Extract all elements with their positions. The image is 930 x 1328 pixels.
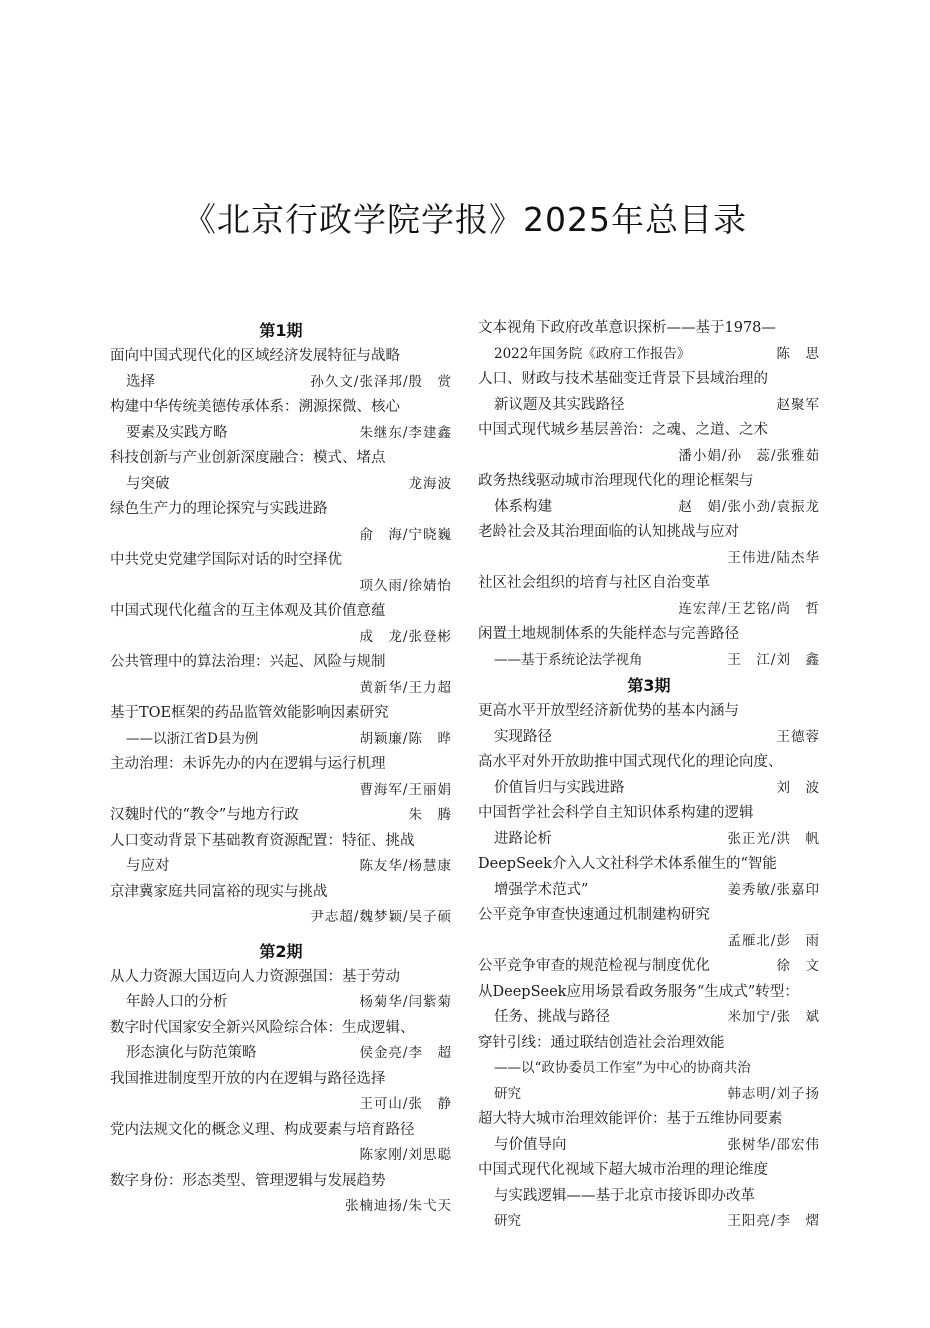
toc-line: ——以浙江省D县为例胡颖廉/陈 晔 [110, 727, 452, 753]
issue-heading-2: 第2期 [110, 939, 452, 965]
article-authors: 侯金亮/李 超 [359, 1041, 452, 1067]
article-title: 从人力资源大国迈向人力资源强国：基于劳动 [110, 969, 400, 985]
toc-line: 文本视角下政府改革意识探析——基于1978— [478, 316, 820, 342]
article-authors: 俞 海/宁晓巍 [359, 523, 452, 549]
article-authors: 张正光/洪 帆 [727, 827, 820, 853]
article-title: 中国式现代城乡基层善治：之魂、之道、之术 [478, 422, 768, 438]
article-title: DeepSeek介入人文社科学术体系催生的“智能 [478, 856, 777, 872]
toc-line: 科技创新与产业创新深度融合：模式、堵点 [110, 446, 452, 472]
article-title: 年龄人口的分析 [126, 994, 228, 1010]
article-authors: 陈家刚/刘思聪 [359, 1143, 452, 1169]
toc-line: 中国式现代化蕴含的互主体观及其价值意蕴 [110, 599, 452, 625]
article-title: 数字身份：形态类型、管理逻辑与发展趋势 [110, 1173, 386, 1189]
issue-heading-1: 第1期 [110, 318, 452, 344]
toc-line: 公平竞争审查快速通过机制建构研究 [478, 903, 820, 929]
toc-line: 政务热线驱动城市治理现代化的理论框架与 [478, 469, 820, 495]
article-title: 与价值导向 [494, 1137, 567, 1153]
toc-line: DeepSeek介入人文社科学术体系催生的“智能 [478, 852, 820, 878]
article-title: 中国式现代化蕴含的互主体观及其价值意蕴 [110, 603, 386, 619]
article-title: 实现路径 [494, 729, 552, 745]
article-title: 与突破 [126, 476, 170, 492]
article-authors: 张楠迪扬/朱弋天 [345, 1194, 452, 1220]
article-title: 数字时代国家安全新兴风险综合体：生成逻辑、 [110, 1020, 415, 1036]
article-title: 价值旨归与实践进路 [494, 780, 625, 796]
toc-line: 研究王阳亮/李 熠 [478, 1209, 820, 1235]
toc-line: 曹海军/王丽娟 [110, 778, 452, 804]
toc-line: 从DeepSeek应用场景看政务服务“生成式”转型： [478, 980, 820, 1006]
article-authors: 王可山/张 静 [359, 1092, 452, 1118]
article-title: 构建中华传统美德传承体系：溯源探微、核心 [110, 399, 400, 415]
article-authors: 米加宁/张 斌 [727, 1005, 820, 1031]
article-authors: 姜秀敏/张嘉印 [727, 878, 820, 904]
page-title: 《北京行政学院学报》2025年总目录 [0, 194, 930, 241]
issue1-list: 面向中国式现代化的区域经济发展特征与战略选择孙久文/张泽邦/殷 赏构建中华传统美… [110, 344, 452, 931]
article-title: 党内法规文化的概念义理、构成要素与培育路径 [110, 1122, 415, 1138]
toc-line: 中国式现代城乡基层善治：之魂、之道、之术 [478, 418, 820, 444]
toc-line: 实现路径王德蓉 [478, 725, 820, 751]
toc-line: 要素及实践方略朱继东/李建鑫 [110, 421, 452, 447]
article-title: 社区社会组织的培育与社区自治变革 [478, 575, 710, 591]
toc-line: 成 龙/张登彬 [110, 625, 452, 651]
article-title: 公平竞争审查快速通过机制建构研究 [478, 907, 710, 923]
article-title: 公共管理中的算法治理：兴起、风险与规制 [110, 654, 386, 670]
toc-line: 进路论析张正光/洪 帆 [478, 827, 820, 853]
article-title: 闲置土地规制体系的失能样态与完善路径 [478, 626, 739, 642]
toc-line: 主动治理：未诉先办的内在逻辑与运行机理 [110, 752, 452, 778]
issue-heading-3: 第3期 [478, 673, 820, 699]
toc-line: 社区社会组织的培育与社区自治变革 [478, 571, 820, 597]
article-title: 基于TOE框架的药品监管效能影响因素研究 [110, 705, 389, 721]
toc-line: 形态演化与防范策略侯金亮/李 超 [110, 1041, 452, 1067]
toc-line: 中国哲学社会科学自主知识体系构建的逻辑 [478, 801, 820, 827]
article-title: 研究 [494, 1086, 521, 1102]
article-title: 政务热线驱动城市治理现代化的理论框架与 [478, 473, 754, 489]
toc-line: 构建中华传统美德传承体系：溯源探微、核心 [110, 395, 452, 421]
toc-line: 选择孙久文/张泽邦/殷 赏 [110, 370, 452, 396]
article-title: 面向中国式现代化的区域经济发展特征与战略 [110, 348, 400, 364]
toc-line: 与实践逻辑——基于北京市接诉即办改革 [478, 1184, 820, 1210]
article-title: 人口变动背景下基础教育资源配置：特征、挑战 [110, 833, 415, 849]
article-title: 中共党史党建学国际对话的时空择优 [110, 552, 342, 568]
toc-line: 与价值导向张树华/邵宏伟 [478, 1133, 820, 1159]
toc-line: 黄新华/王力超 [110, 676, 452, 702]
article-title: 与实践逻辑——基于北京市接诉即办改革 [494, 1188, 755, 1204]
article-title: 要素及实践方略 [126, 425, 228, 441]
toc-line: 闲置土地规制体系的失能样态与完善路径 [478, 622, 820, 648]
toc-line: 我国推进制度型开放的内在逻辑与路径选择 [110, 1067, 452, 1093]
toc-line: 人口变动背景下基础教育资源配置：特征、挑战 [110, 829, 452, 855]
article-title: 形态演化与防范策略 [126, 1045, 257, 1061]
toc-line: 价值旨归与实践进路刘 波 [478, 776, 820, 802]
article-title: 公平竞争审查的规范检视与制度优化 [478, 958, 710, 974]
article-title: 高水平对外开放助推中国式现代化的理论向度、 [478, 754, 783, 770]
article-title: 更高水平开放型经济新优势的基本内涵与 [478, 703, 739, 719]
toc-line: 王伟进/陆杰华 [478, 546, 820, 572]
toc-line: ——基于系统论法学视角王 江/刘 鑫 [478, 648, 820, 674]
toc-line: 京津冀家庭共同富裕的现实与挑战 [110, 880, 452, 906]
toc-line: 绿色生产力的理论探究与实践进路 [110, 497, 452, 523]
toc-line: 与应对陈友华/杨慧康 [110, 854, 452, 880]
toc-line: 穿针引线：通过联结创造社会治理效能 [478, 1031, 820, 1057]
article-title: 新议题及其实践路径 [494, 397, 625, 413]
article-title: 中国哲学社会科学自主知识体系构建的逻辑 [478, 805, 754, 821]
article-title: 老龄社会及其治理面临的认知挑战与应对 [478, 524, 739, 540]
toc-line: 俞 海/宁晓巍 [110, 523, 452, 549]
article-authors: 项久雨/徐婧怡 [359, 574, 452, 600]
article-title: 体系构建 [494, 499, 552, 515]
toc-line: 潘小娟/孙 蕊/张雅茹 [478, 444, 820, 470]
toc-line: 中国式现代化视域下超大城市治理的理论维度 [478, 1158, 820, 1184]
article-authors: 刘 波 [777, 776, 821, 802]
article-authors: 胡颖廉/陈 晔 [359, 727, 452, 753]
toc-line: 研究韩志明/刘子扬 [478, 1082, 820, 1108]
article-authors: 韩志明/刘子扬 [727, 1082, 820, 1108]
toc-line: 高水平对外开放助推中国式现代化的理论向度、 [478, 750, 820, 776]
article-title: 人口、财政与技术基础变迁背景下县域治理的 [478, 371, 768, 387]
article-authors: 朱 腾 [409, 803, 453, 829]
toc-line: ——以“政协委员工作室”为中心的协商共治 [478, 1056, 820, 1082]
article-title: 选择 [126, 374, 155, 390]
article-authors: 王德蓉 [777, 725, 821, 751]
article-authors: 赵 娟/张小劲/袁振龙 [678, 495, 820, 521]
toc-line: 王可山/张 静 [110, 1092, 452, 1118]
article-title: ——以“政协委员工作室”为中心的协商共治 [494, 1060, 751, 1076]
article-authors: 朱继东/李建鑫 [359, 421, 452, 447]
article-authors: 龙海波 [409, 472, 453, 498]
article-authors: 曹海军/王丽娟 [359, 778, 452, 804]
toc-line: 与突破龙海波 [110, 472, 452, 498]
right-column: 文本视角下政府改革意识探析——基于1978—2022年国务院《政府工作报告》陈 … [478, 316, 820, 1235]
toc-line: 人口、财政与技术基础变迁背景下县域治理的 [478, 367, 820, 393]
toc-line: 张楠迪扬/朱弋天 [110, 1194, 452, 1220]
article-title: 任务、挑战与路径 [494, 1009, 610, 1025]
article-title: 京津冀家庭共同富裕的现实与挑战 [110, 884, 328, 900]
article-title: 研究 [494, 1213, 521, 1229]
toc-line: 陈家刚/刘思聪 [110, 1143, 452, 1169]
article-authors: 徐 文 [777, 954, 821, 980]
toc-line: 孟雁北/彭 雨 [478, 929, 820, 955]
article-title: 超大特大城市治理效能评价：基于五维协同要素 [478, 1111, 783, 1127]
article-title: 绿色生产力的理论探究与实践进路 [110, 501, 328, 517]
article-title: 科技创新与产业创新深度融合：模式、堵点 [110, 450, 386, 466]
article-authors: 陈 思 [777, 342, 821, 368]
article-title: 与应对 [126, 858, 170, 874]
article-authors: 潘小娟/孙 蕊/张雅茹 [678, 444, 820, 470]
article-authors: 孟雁北/彭 雨 [727, 929, 820, 955]
toc-line: 2022年国务院《政府工作报告》陈 思 [478, 342, 820, 368]
article-authors: 尹志超/魏梦颖/吴子硕 [310, 905, 452, 931]
article-title: 文本视角下政府改革意识探析——基于1978— [478, 320, 776, 336]
toc-line: 数字身份：形态类型、管理逻辑与发展趋势 [110, 1169, 452, 1195]
toc-line: 老龄社会及其治理面临的认知挑战与应对 [478, 520, 820, 546]
article-title: 穿针引线：通过联结创造社会治理效能 [478, 1035, 725, 1051]
toc-line: 面向中国式现代化的区域经济发展特征与战略 [110, 344, 452, 370]
article-authors: 陈友华/杨慧康 [359, 854, 452, 880]
toc-line: 体系构建赵 娟/张小劲/袁振龙 [478, 495, 820, 521]
toc-line: 连宏萍/王艺铭/尚 哲 [478, 597, 820, 623]
toc-line: 项久雨/徐婧怡 [110, 574, 452, 600]
article-title: 2022年国务院《政府工作报告》 [494, 346, 690, 362]
toc-line: 党内法规文化的概念义理、构成要素与培育路径 [110, 1118, 452, 1144]
toc-line: 基于TOE框架的药品监管效能影响因素研究 [110, 701, 452, 727]
article-authors: 王阳亮/李 熠 [727, 1209, 820, 1235]
article-title: ——以浙江省D县为例 [126, 731, 258, 747]
article-authors: 杨菊华/闫紫菊 [359, 990, 452, 1016]
article-title: 我国推进制度型开放的内在逻辑与路径选择 [110, 1071, 386, 1087]
toc-line: 超大特大城市治理效能评价：基于五维协同要素 [478, 1107, 820, 1133]
toc-line: 任务、挑战与路径米加宁/张 斌 [478, 1005, 820, 1031]
toc-line: 汉魏时代的“教令”与地方行政朱 腾 [110, 803, 452, 829]
article-title: 进路论析 [494, 831, 552, 847]
toc-line: 尹志超/魏梦颖/吴子硕 [110, 905, 452, 931]
article-authors: 黄新华/王力超 [359, 676, 452, 702]
article-authors: 连宏萍/王艺铭/尚 哲 [678, 597, 820, 623]
article-title: 从DeepSeek应用场景看政务服务“生成式”转型： [478, 984, 799, 1000]
article-title: 中国式现代化视域下超大城市治理的理论维度 [478, 1162, 768, 1178]
article-authors: 赵聚军 [777, 393, 821, 419]
toc-line: 公共管理中的算法治理：兴起、风险与规制 [110, 650, 452, 676]
article-authors: 王 江/刘 鑫 [727, 648, 820, 674]
toc-line: 年龄人口的分析杨菊华/闫紫菊 [110, 990, 452, 1016]
article-authors: 张树华/邵宏伟 [727, 1133, 820, 1159]
article-title: ——基于系统论法学视角 [494, 652, 643, 668]
article-authors: 孙久文/张泽邦/殷 赏 [310, 370, 452, 396]
toc-line: 更高水平开放型经济新优势的基本内涵与 [478, 699, 820, 725]
issue2-list: 从人力资源大国迈向人力资源强国：基于劳动年龄人口的分析杨菊华/闫紫菊数字时代国家… [110, 965, 452, 1220]
issue2-continued-list: 文本视角下政府改革意识探析——基于1978—2022年国务院《政府工作报告》陈 … [478, 316, 820, 673]
toc-line: 增强学术范式”姜秀敏/张嘉印 [478, 878, 820, 904]
toc-line: 从人力资源大国迈向人力资源强国：基于劳动 [110, 965, 452, 991]
article-title: 主动治理：未诉先办的内在逻辑与运行机理 [110, 756, 386, 772]
toc-line: 新议题及其实践路径赵聚军 [478, 393, 820, 419]
toc-line: 公平竞争审查的规范检视与制度优化徐 文 [478, 954, 820, 980]
article-title: 增强学术范式” [494, 882, 588, 898]
article-authors: 王伟进/陆杰华 [727, 546, 820, 572]
article-title: 汉魏时代的“教令”与地方行政 [110, 807, 299, 823]
article-authors: 成 龙/张登彬 [359, 625, 452, 651]
toc-line: 数字时代国家安全新兴风险综合体：生成逻辑、 [110, 1016, 452, 1042]
toc-line: 中共党史党建学国际对话的时空择优 [110, 548, 452, 574]
left-column: 第1期 面向中国式现代化的区域经济发展特征与战略选择孙久文/张泽邦/殷 赏构建中… [110, 318, 452, 1220]
issue3-list: 更高水平开放型经济新优势的基本内涵与实现路径王德蓉高水平对外开放助推中国式现代化… [478, 699, 820, 1235]
